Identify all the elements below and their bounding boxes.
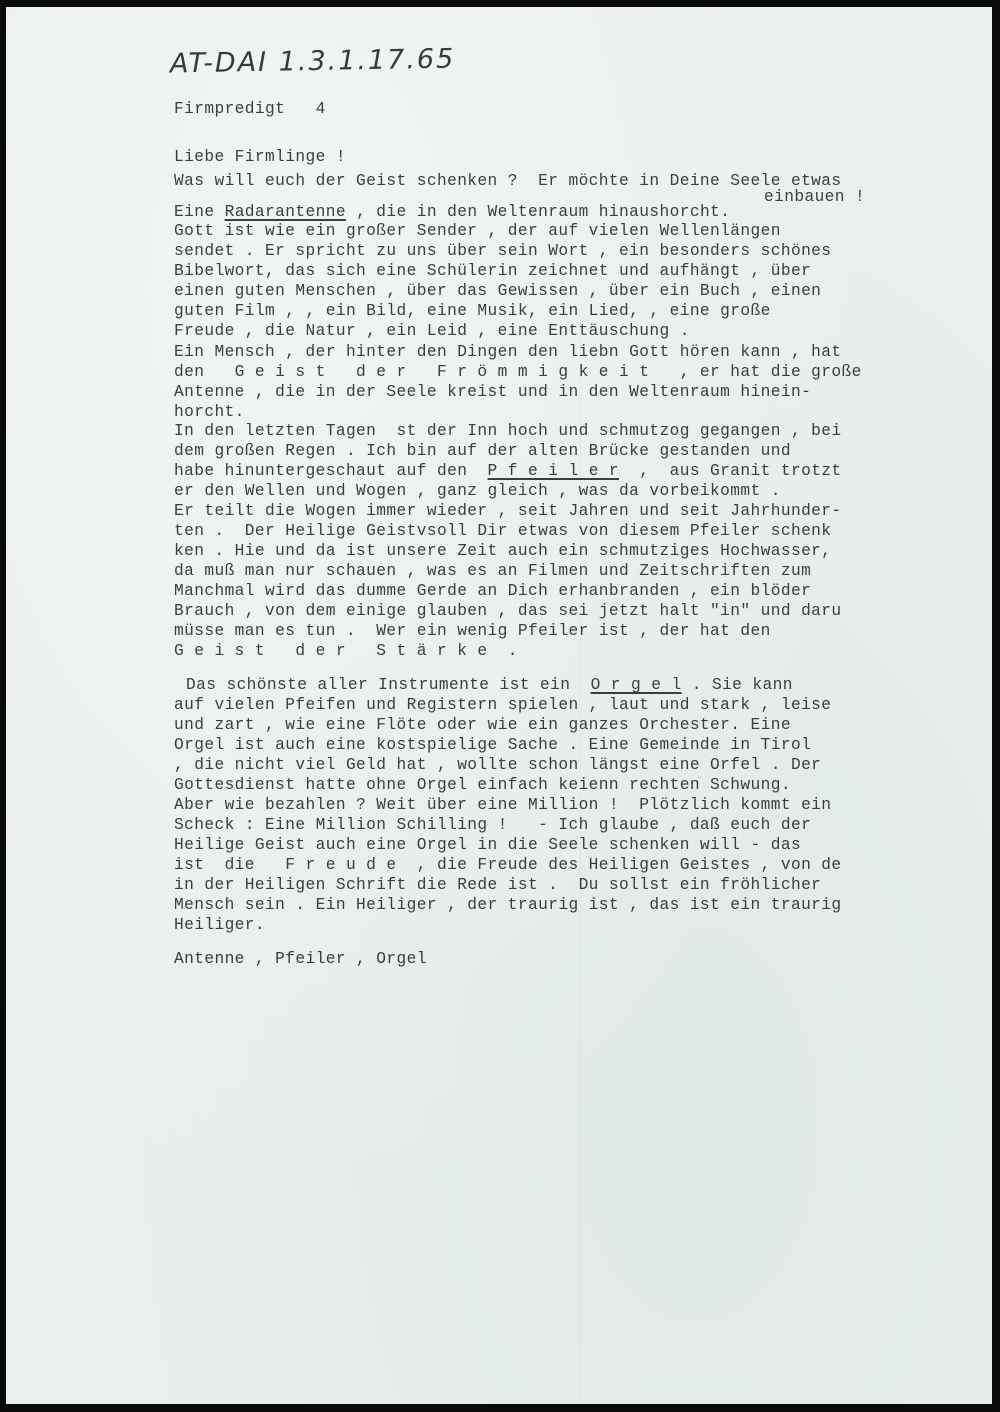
text-line: da muß man nur schauen , was es an Filme…	[174, 562, 811, 580]
text-line: habe hinuntergeschaut auf den P f e i l …	[174, 462, 842, 480]
text-line: Heilige Geist auch eine Orgel in die See…	[174, 836, 801, 854]
text-line: müsse man es tun . Wer ein wenig Pfeiler…	[174, 622, 771, 640]
text-line: Gottesdienst hatte ohne Orgel einfach ke…	[174, 776, 791, 794]
text-line: Brauch , von dem einige glauben , das se…	[174, 602, 842, 620]
text-line: Mensch sein . Ein Heiliger , der traurig…	[174, 896, 842, 914]
text-line: Aber wie bezahlen ? Weit über eine Milli…	[174, 796, 831, 814]
text-line: Das schönste aller Instrumente ist ein O…	[186, 676, 793, 694]
text-line: Antenne , Pfeiler , Orgel	[174, 950, 427, 968]
text-line: ken . Hie und da ist unsere Zeit auch ei…	[174, 542, 831, 560]
greeting: Liebe Firmlinge !	[174, 148, 346, 166]
text-line: G e i s t d e r S t ä r k e .	[174, 642, 518, 660]
text-line: Ein Mensch , der hinter den Dingen den l…	[174, 343, 842, 361]
text-line: auf vielen Pfeifen und Registern spielen…	[174, 696, 831, 714]
text-line: Heiliger.	[174, 916, 265, 934]
handwritten-archive-id: AT-DAI 1.3.1.17.65	[170, 44, 456, 80]
text-line: Eine Radarantenne , die in den Weltenrau…	[174, 203, 730, 221]
text-line: sendet . Er spricht zu uns über sein Wor…	[174, 242, 831, 260]
text-line: In den letzten Tagen st der Inn hoch und…	[174, 422, 842, 440]
text-line: ist die F r e u d e , die Freude des Hei…	[174, 856, 842, 874]
underlined-keyword: P f e i l e r	[488, 462, 619, 480]
text-line: Antenne , die in der Seele kreist und in…	[174, 383, 811, 401]
text-line: und zart , wie eine Flöte oder wie ein g…	[174, 716, 791, 734]
text-line: Freude , die Natur , ein Leid , eine Ent…	[174, 322, 690, 340]
text-line: den G e i s t d e r F r ö m m i g k e i …	[174, 363, 862, 381]
text-line: guten Film , , ein Bild, eine Musik, ein…	[174, 302, 771, 320]
text-line: Manchmal wird das dumme Gerde an Dich er…	[174, 582, 811, 600]
text-line: er den Wellen und Wogen , ganz gleich , …	[174, 482, 781, 500]
underlined-keyword: O r g e l	[591, 676, 682, 694]
text-line: dem großen Regen . Ich bin auf der alten…	[174, 442, 791, 460]
text-line: Orgel ist auch eine kostspielige Sache .…	[174, 736, 811, 754]
text-line: Was will euch der Geist schenken ? Er mö…	[174, 172, 842, 190]
text-line: Scheck : Eine Million Schilling ! - Ich …	[174, 816, 811, 834]
underlined-keyword: Radarantenne	[225, 203, 346, 221]
text-line: Er teilt die Wogen immer wieder , seit J…	[174, 502, 842, 520]
text-line: in der Heiligen Schrift die Rede ist . D…	[174, 876, 821, 894]
text-line: einbauen !	[764, 188, 865, 206]
text-line: einen guten Menschen , über das Gewissen…	[174, 282, 821, 300]
text-line: horcht.	[174, 403, 245, 421]
text-line: ten . Der Heilige Geistvsoll Dir etwas v…	[174, 522, 831, 540]
text-line: , die nicht viel Geld hat , wollte schon…	[174, 756, 821, 774]
text-line: Bibelwort, das sich eine Schülerin zeich…	[174, 262, 811, 280]
document-title: Firmpredigt 4	[174, 100, 326, 118]
text-line: Gott ist wie ein großer Sender , der auf…	[174, 222, 781, 240]
